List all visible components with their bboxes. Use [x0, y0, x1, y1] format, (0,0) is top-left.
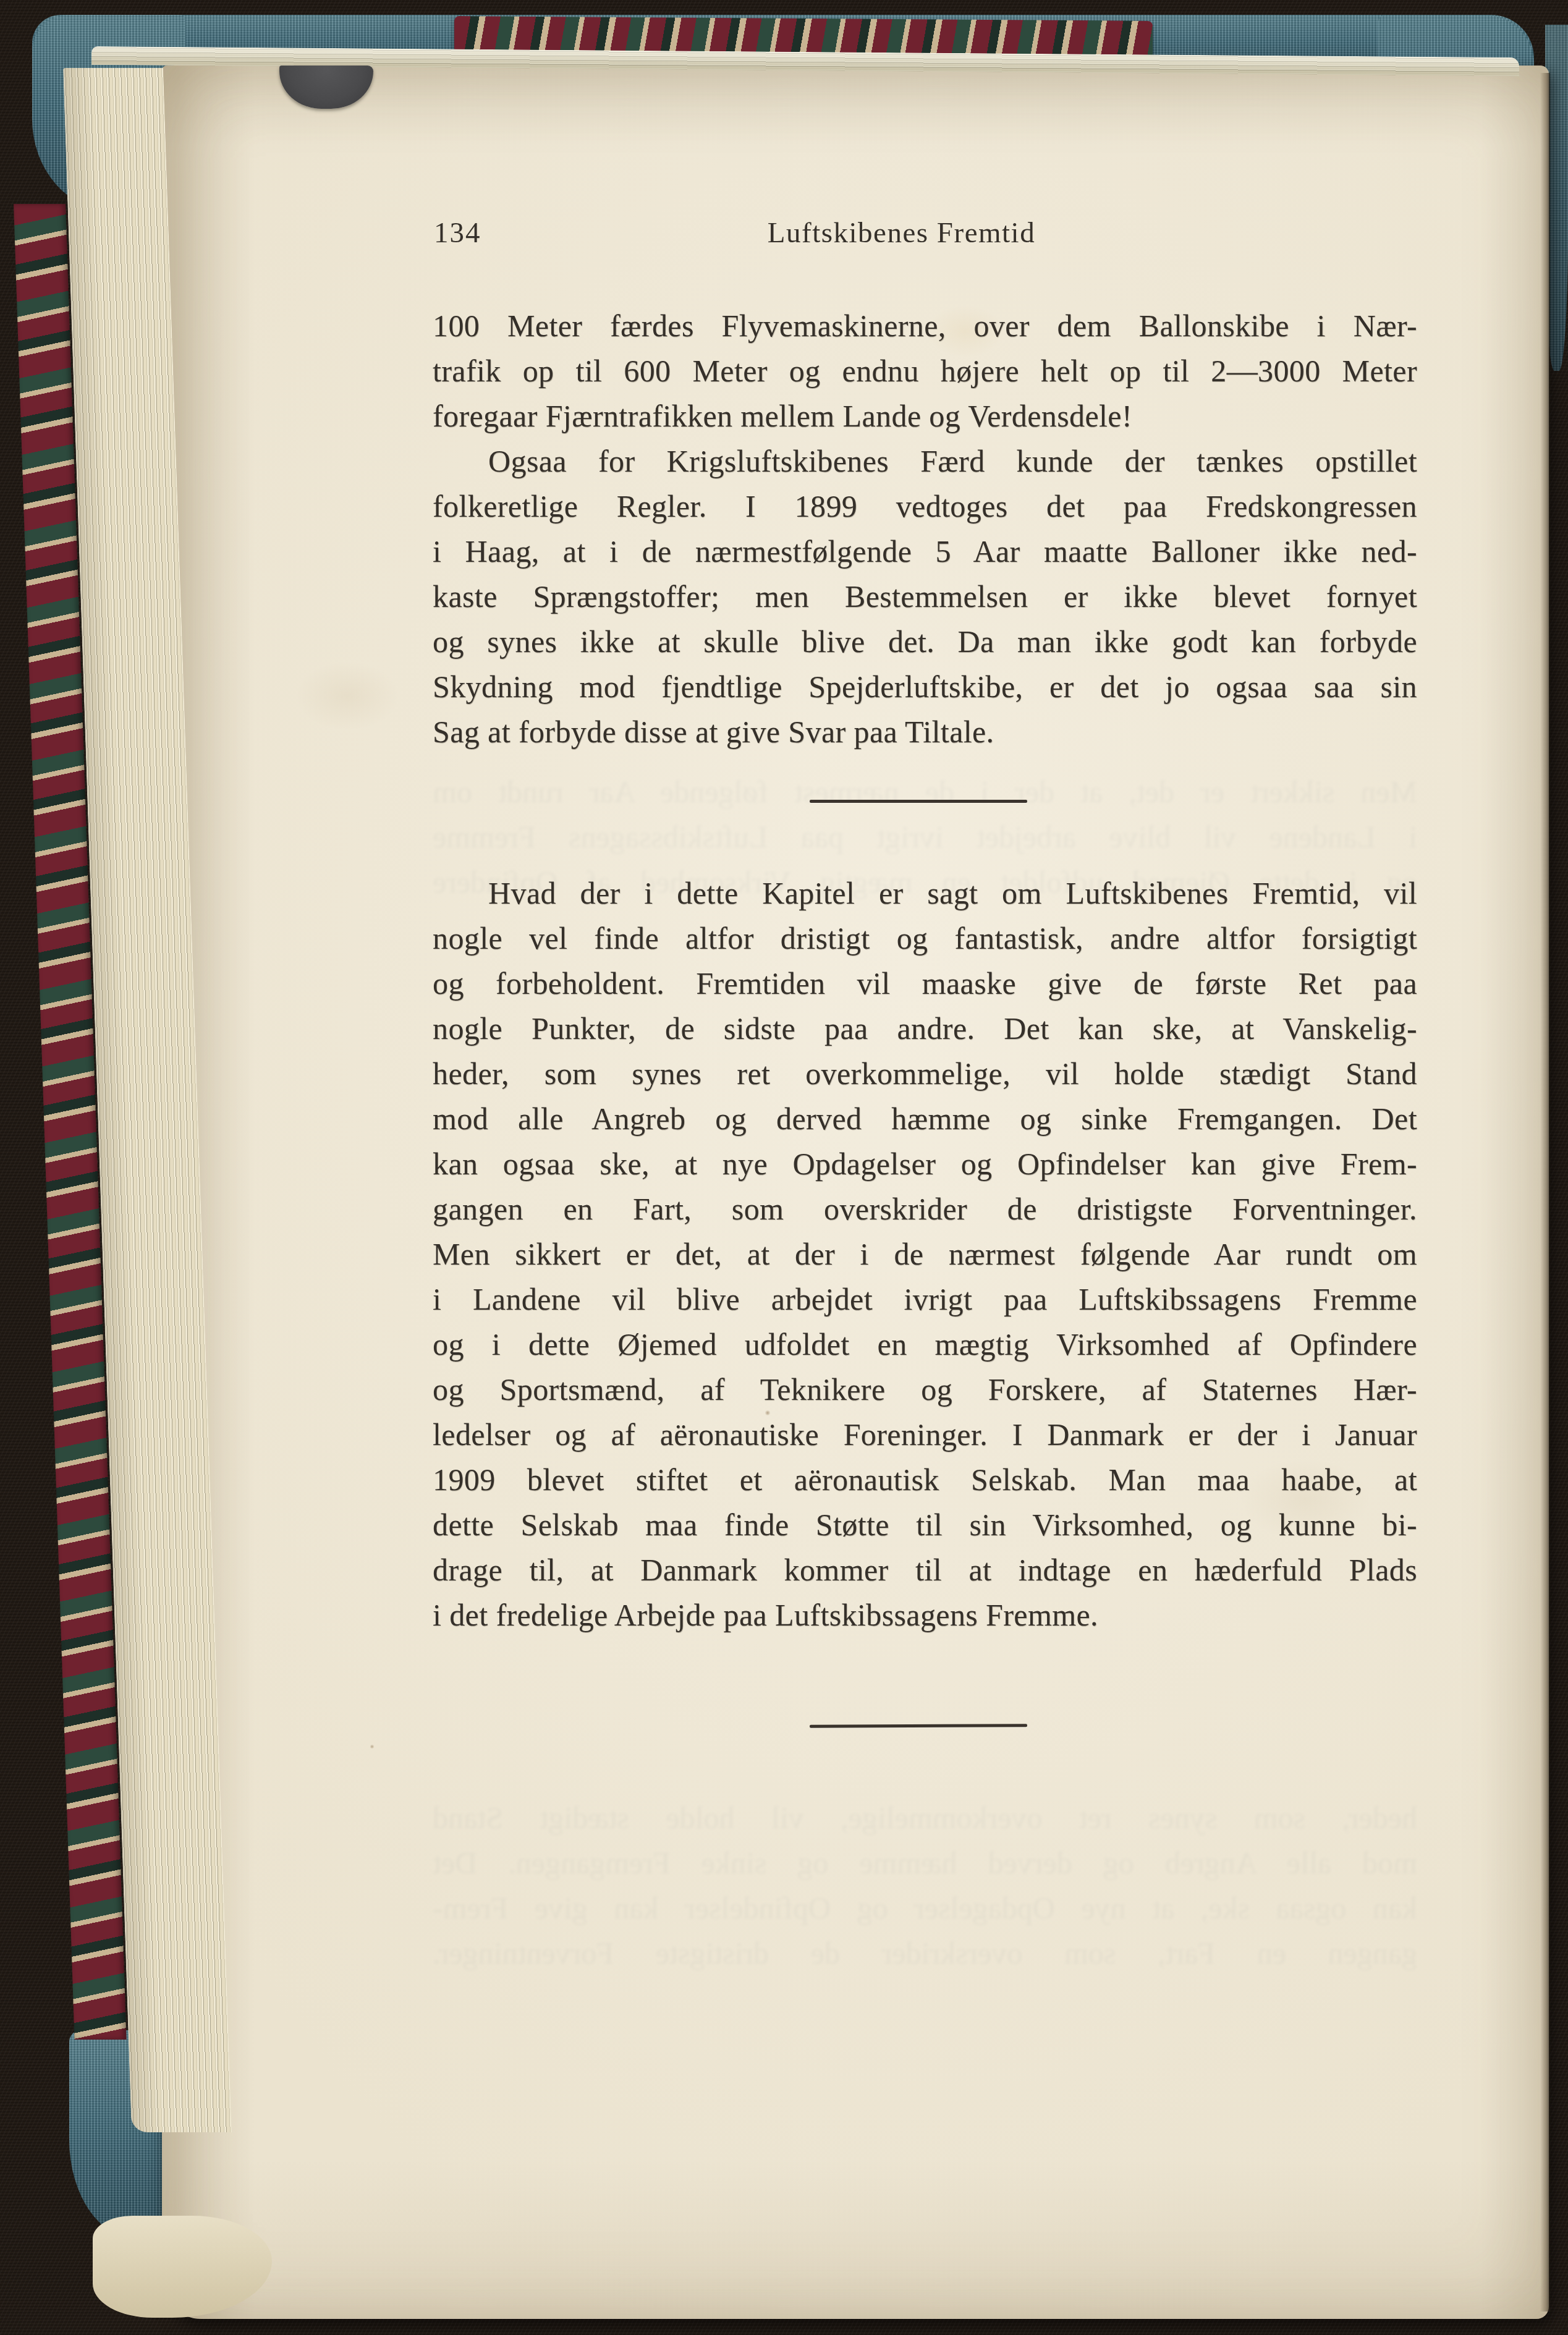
- text-line: foregaar Fjærntrafikken mellem Lande og …: [433, 394, 1417, 439]
- bleed-through-line: kan ogsaa ske, at nye Opdagelser og Opfi…: [433, 1886, 1417, 1931]
- text-line: og synes ikke at skulle blive det. Da ma…: [433, 619, 1417, 664]
- text-line: i Haag, at i de nærmestfølgende 5 Aar ma…: [433, 529, 1417, 574]
- text-line: i Landene vil blive arbejdet ivrigt paa …: [433, 1277, 1417, 1322]
- text-line: kan ogsaa ske, at nye Opdagelser og Opfi…: [433, 1142, 1417, 1187]
- text-line: Hvad der i dette Kapitel er sagt om Luft…: [433, 871, 1417, 916]
- text-line: ledelser og af aëronautiske Foreninger. …: [433, 1412, 1417, 1457]
- text-line: 100 Meter færdes Flyvemaskinerne, over d…: [433, 303, 1417, 349]
- text-line: 1909 blevet stiftet et aëronautisk Selsk…: [433, 1457, 1417, 1502]
- text-line: og forbeholdent. Fremtiden vil maaske gi…: [433, 961, 1417, 1006]
- bleed-through-line: Men sikkert er det, at der i de nærmest …: [433, 769, 1417, 815]
- text-line: gangen en Fart, som overskrider de drist…: [433, 1187, 1417, 1232]
- book-scan: Men sikkert er det, at der i de nærmest …: [0, 0, 1568, 2335]
- text-line: Skydning mod fjendtlige Spejderluftskibe…: [433, 664, 1417, 710]
- text-line: mod alle Angreb og derved hæmme og sinke…: [433, 1096, 1417, 1142]
- text-line: kaste Sprængstoffer; men Bestemmelsen er…: [433, 574, 1417, 619]
- paragraph-block-1: 100 Meter færdes Flyvemaskinerne, over d…: [433, 303, 1417, 755]
- page-number: 134: [434, 214, 481, 252]
- text-line: Ogsaa for Krigsluftskibenes Færd kunde d…: [433, 439, 1417, 484]
- text-line: nogle Punkter, de sidste paa andre. Det …: [433, 1006, 1417, 1051]
- text-line: og Sportsmænd, af Teknikere og Forskere,…: [433, 1367, 1417, 1412]
- bleed-through-line: gangen en Fart, som overskrider de drist…: [433, 1931, 1417, 1976]
- text-line: Men sikkert er det, at der i de nærmest …: [433, 1232, 1417, 1277]
- running-title: Luftskibenes Fremtid: [768, 214, 1035, 252]
- page-text: Men sikkert er det, at der i de nærmest …: [433, 0, 1417, 2335]
- text-line: Sag at forbyde disse at give Svar paa Ti…: [433, 710, 1417, 755]
- bleed-through-line: mod alle Angreb og derved hæmme og sinke…: [433, 1841, 1417, 1886]
- text-line: trafik op til 600 Meter og endnu højere …: [433, 349, 1417, 394]
- text-line: dette Selskab maa finde Støtte til sin V…: [433, 1502, 1417, 1548]
- section-divider-1: [810, 800, 1027, 803]
- text-line: folkeretlige Regler. I 1899 vedtoges det…: [433, 484, 1417, 529]
- page-right-fold-edge: [1540, 73, 1550, 2312]
- paragraph-block-2: Hvad der i dette Kapitel er sagt om Luft…: [433, 871, 1417, 1638]
- text-line: i det fredelige Arbejde paa Luftskibssag…: [433, 1593, 1417, 1638]
- page-header: 134 Luftskibenes Fremtid: [433, 214, 1417, 252]
- section-divider-2: [810, 1724, 1027, 1728]
- text-line: og i dette Øjemed udfoldet en mægtig Vir…: [433, 1322, 1417, 1367]
- text-line: drage til, at Danmark kommer til at indt…: [433, 1548, 1417, 1593]
- text-line: heder, som synes ret overkommelige, vil …: [433, 1051, 1417, 1096]
- bleed-through-line: heder, som synes ret overkommelige, vil …: [433, 1795, 1417, 1841]
- bleed-through-line: i Landene vil blive arbejdet ivrigt paa …: [433, 815, 1417, 860]
- text-line: nogle vel finde altfor dristigt og fanta…: [433, 916, 1417, 961]
